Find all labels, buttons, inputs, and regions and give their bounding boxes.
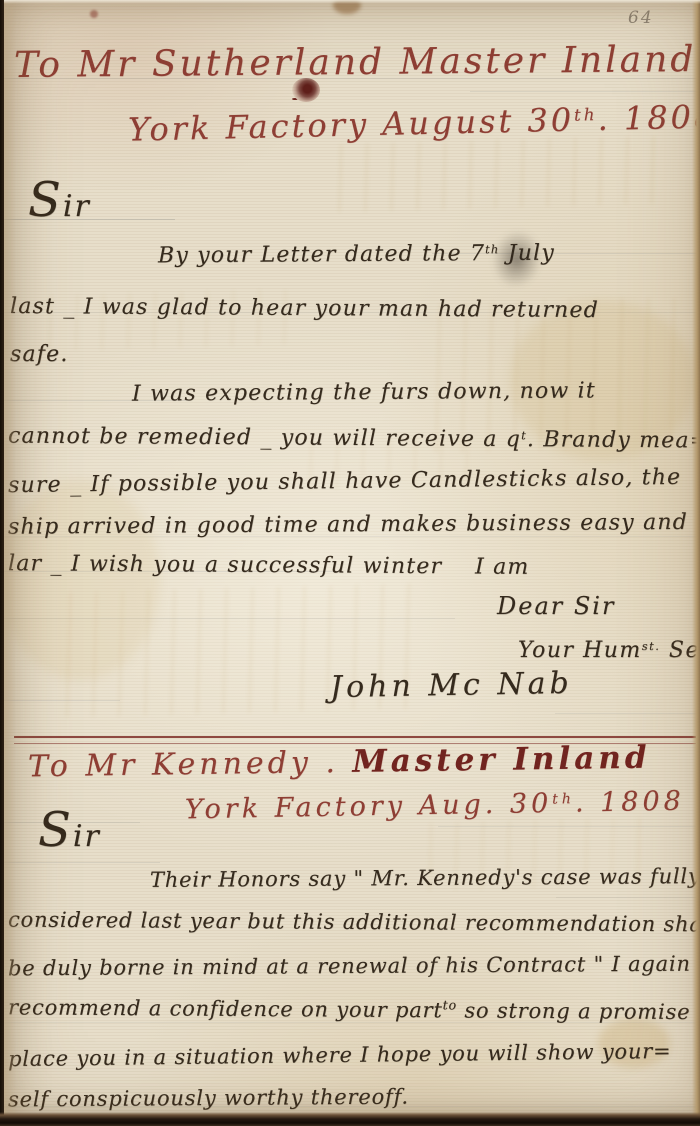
letter1-body-line2: last _ I was glad to hear your man had r… bbox=[10, 294, 599, 323]
letter1-body-line3: safe. bbox=[10, 342, 69, 367]
letter1-heading-addressee: To Mr Sutherland Master Inland bbox=[14, 39, 697, 86]
letter2-body-line6: self conspicuously worthy thereoff. bbox=[8, 1085, 409, 1112]
page-gutter-edge bbox=[4, 0, 16, 1126]
letter2-body-line1: Their Honors say " Mr. Kennedy's case wa… bbox=[150, 864, 700, 892]
page-fore-edge bbox=[692, 0, 700, 1126]
letter1-closing-servant: Your Humst. Servt. bbox=[518, 638, 700, 663]
letter2-dateline-ordinal: th bbox=[552, 791, 575, 807]
letter2-heading-title: Master Inland bbox=[352, 740, 651, 780]
letter1-body-line1-text: By your Letter dated the 7 bbox=[158, 241, 485, 268]
letter1-body-line5: cannot be remedied _ you will receive a … bbox=[8, 424, 700, 454]
letter1-dateline-ordinal: th bbox=[574, 105, 598, 125]
letter2-dateline-year: . 1808 bbox=[575, 786, 685, 819]
letter1-dateline-year: . 1808 bbox=[597, 97, 700, 138]
page-number: 64 bbox=[628, 8, 654, 28]
ink-blot bbox=[292, 78, 320, 102]
page-bottom-edge bbox=[0, 1112, 700, 1126]
letter1-closing-abbrev1: st. bbox=[642, 639, 661, 653]
letter2-heading-to: To Mr Kennedy . bbox=[28, 745, 353, 785]
letter2-body-line3: be duly borne in mind at a renewal of hi… bbox=[8, 952, 691, 981]
letter2-body-line4-text: recommend a confidence on your part bbox=[8, 995, 443, 1022]
letter1-body-line7: ship arrived in good time and makes busi… bbox=[8, 509, 700, 539]
letter2-salutation: Sir bbox=[38, 802, 101, 858]
ruled-line bbox=[0, 862, 160, 863]
ruled-line bbox=[556, 897, 698, 898]
letter1-body-line5-rest: . Brandy mea= bbox=[527, 427, 700, 453]
letter1-body-line4: I was expecting the furs down, now it bbox=[132, 378, 596, 406]
letter2-body-line2: considered last year but this additional… bbox=[8, 908, 700, 937]
ink-speck bbox=[90, 10, 98, 18]
letter1-closing-text: Your Hum bbox=[518, 638, 642, 663]
letter1-body-line5-text: cannot be remedied _ you will receive a … bbox=[8, 424, 521, 453]
page-top-edge bbox=[0, 0, 700, 4]
letter1-signature: John Mc Nab bbox=[330, 666, 573, 705]
letter2-body-line4-insertion: to bbox=[443, 997, 457, 1012]
letter2-dateline-text: York Factory Aug. 30 bbox=[185, 788, 553, 825]
letter1-salutation: Sir bbox=[28, 172, 91, 228]
ruled-line bbox=[555, 713, 698, 714]
stain bbox=[0, 480, 160, 680]
manuscript-page-scan: 64 To Mr Sutherland Master Inland York F… bbox=[0, 0, 700, 1126]
letter1-body-line8: lar _ I wish you a successful winter I a… bbox=[8, 551, 530, 580]
letter1-closing-dear-sir: Dear Sir bbox=[497, 592, 615, 620]
bleed-through-texture bbox=[329, 136, 661, 213]
ruled-line bbox=[470, 91, 698, 92]
letter2-body-line4-rest: so strong a promise and now bbox=[457, 998, 700, 1024]
binding-edge bbox=[0, 0, 4, 1126]
